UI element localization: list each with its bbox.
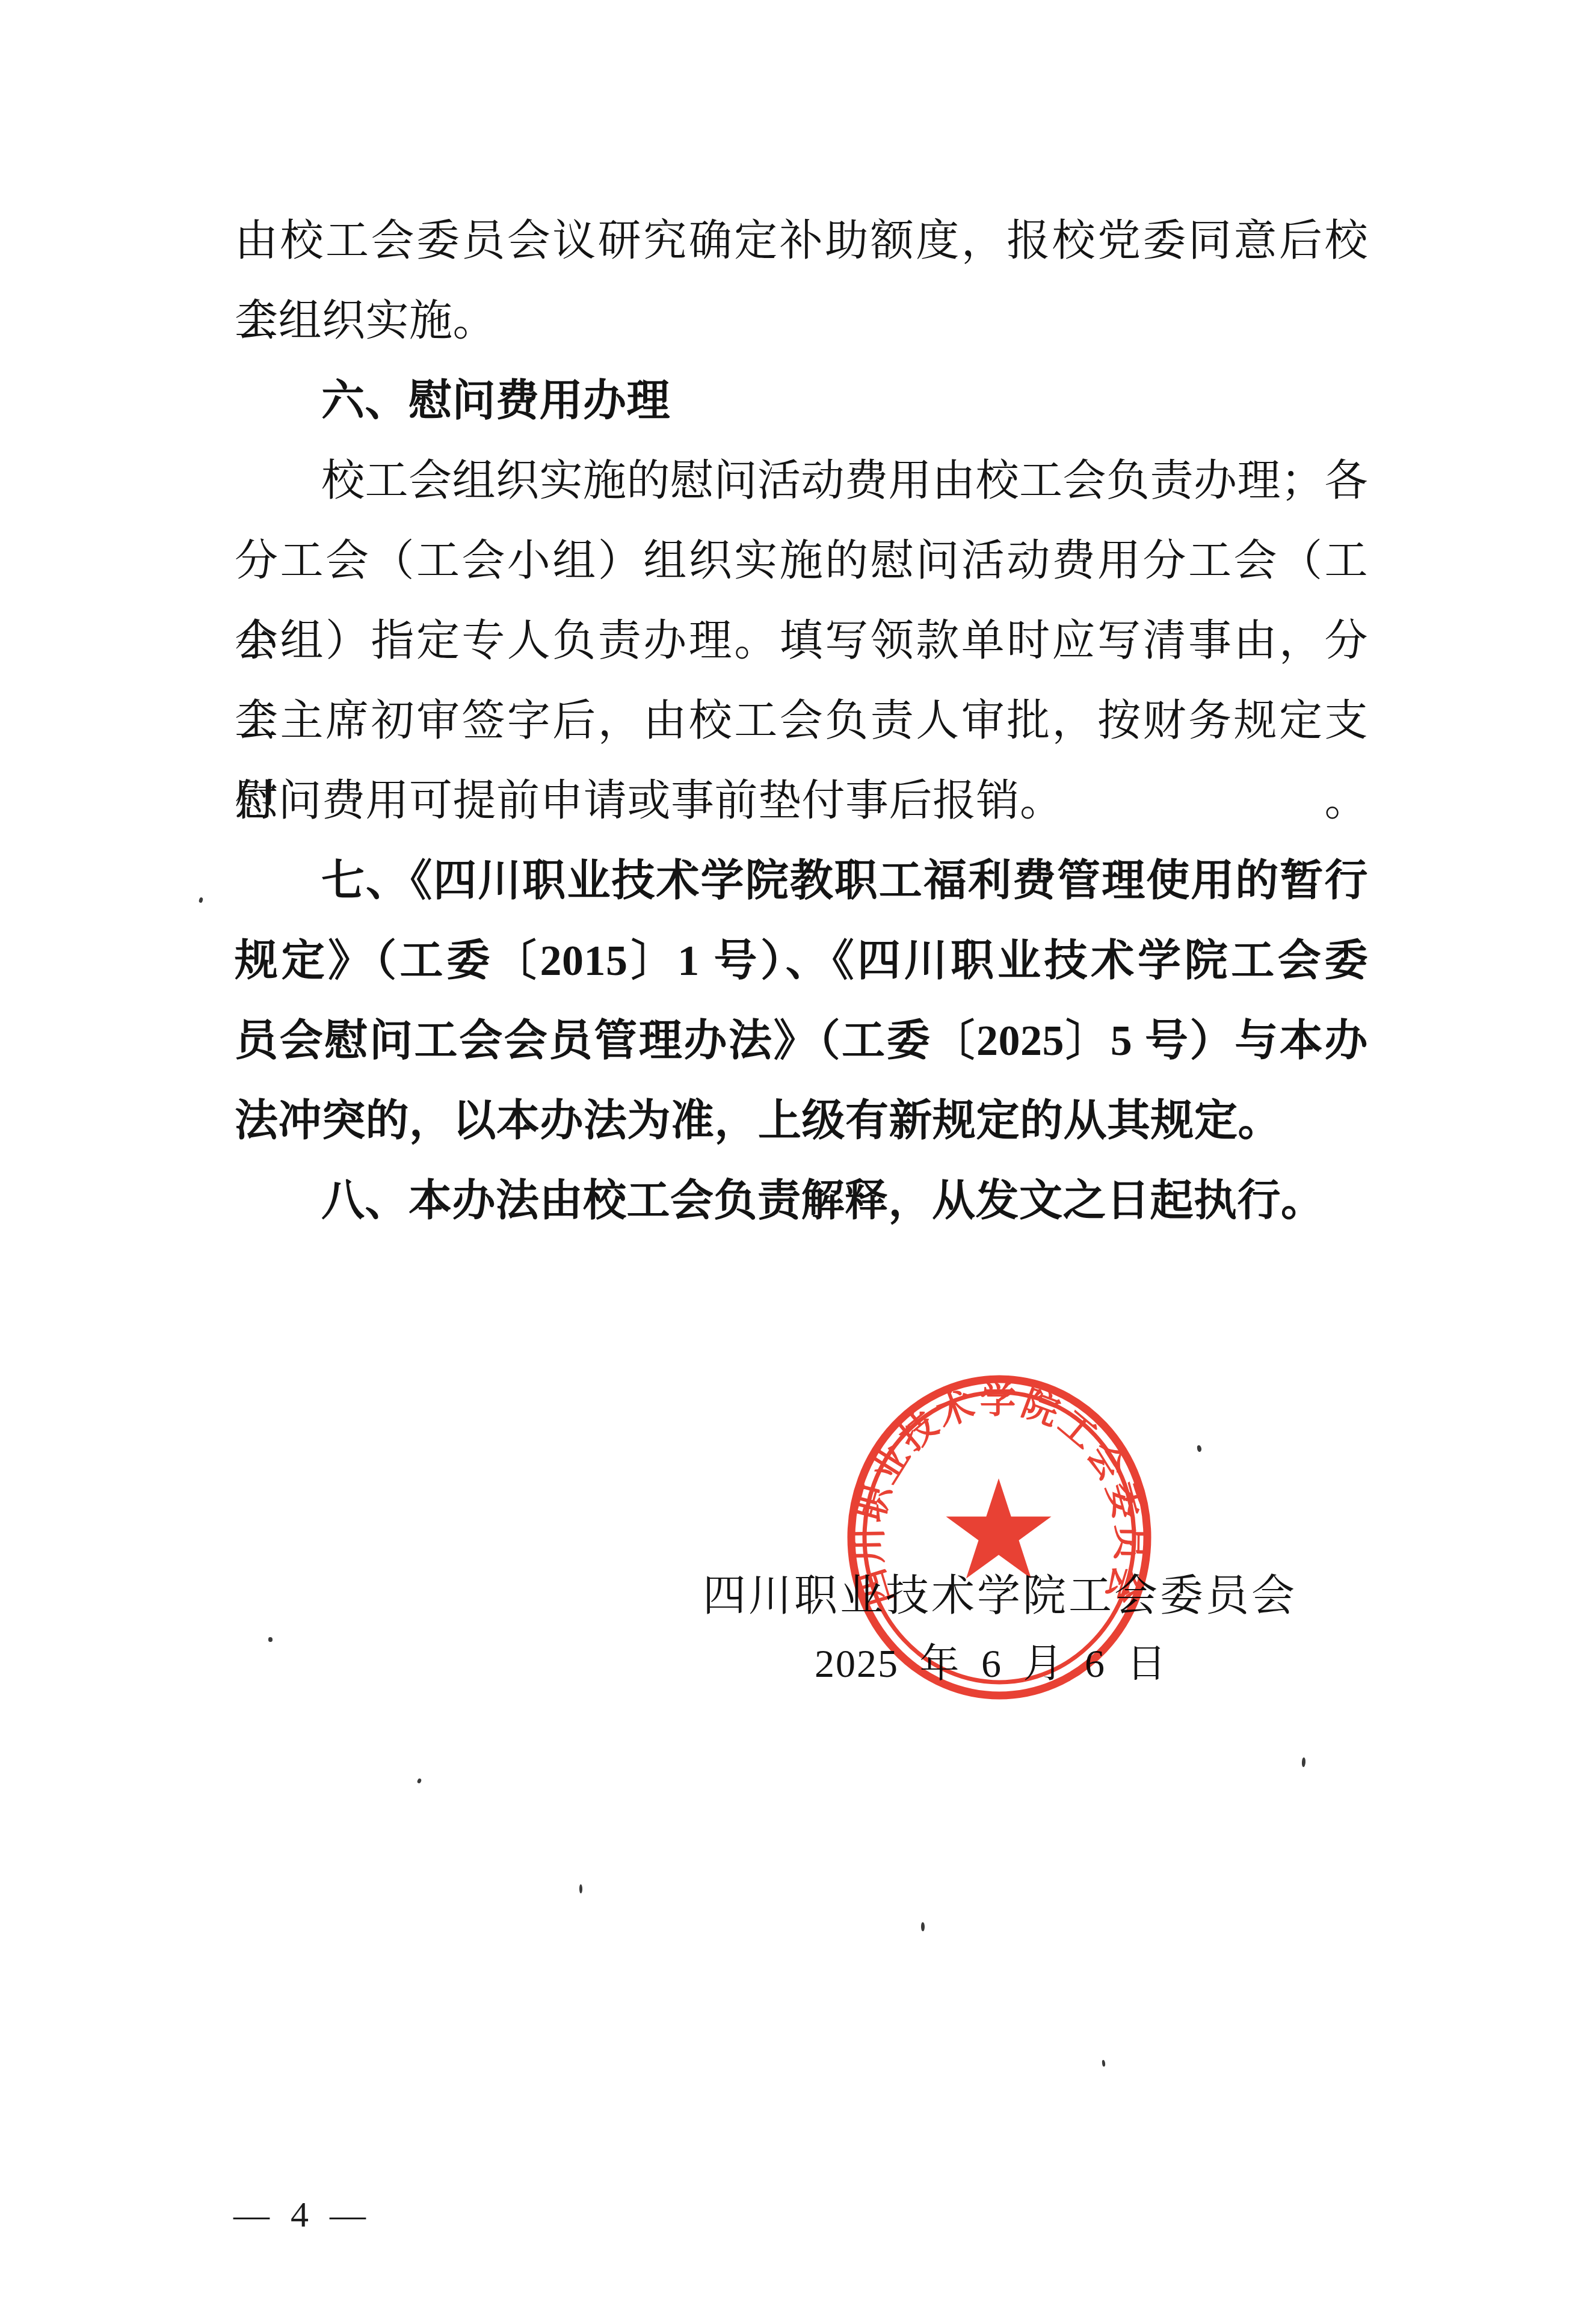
scan-speck — [1102, 2060, 1105, 2067]
scan-speck — [579, 1884, 582, 1893]
scan-speck — [417, 1778, 422, 1784]
scan-speck — [921, 1922, 925, 1931]
section-line-7: 七、《四川职业技术学院教职工福利费管理使用的暂行 — [235, 841, 1368, 921]
official-seal: 四川职业技术学院工会委员会 — [847, 1375, 1151, 1700]
star-icon — [946, 1478, 1052, 1578]
scan-speck — [1301, 1757, 1305, 1767]
section-line-8: 八、本办法由校工会负责解释，从发文之日起执行。 — [235, 1161, 1368, 1241]
section-heading-6: 六、慰问费用办理 — [235, 361, 1368, 441]
scan-speck — [1197, 1445, 1201, 1452]
document-body: 由校工会委员会议研究确定补助额度，报校党委同意后校工 会组织实施。 六、慰问费用… — [235, 201, 1368, 1241]
body-line: 员会慰问工会会员管理办法》（工委〔2025〕5 号）与本办 — [235, 1001, 1368, 1081]
body-line: 小组）指定专人负责办理。填写领款单时应写清事由，分工 — [235, 601, 1368, 681]
body-line: 由校工会委员会议研究确定补助额度，报校党委同意后校工 — [235, 201, 1368, 281]
body-line: 法冲突的，以本办法为准，上级有新规定的从其规定。 — [235, 1081, 1368, 1161]
body-line: 规定》（工委〔2015〕1 号）、《四川职业技术学院工会委 — [235, 921, 1368, 1001]
body-line: 会组织实施。 — [235, 281, 1368, 361]
scan-speck — [268, 1637, 273, 1642]
scan-speck — [199, 897, 203, 903]
document-page: 由校工会委员会议研究确定补助额度，报校党委同意后校工 会组织实施。 六、慰问费用… — [0, 0, 1569, 2324]
body-line: 分工会（工会小组）组织实施的慰问活动费用分工会（工会 — [235, 521, 1368, 601]
body-line: 会主席初审签字后，由校工会负责人审批，按财务规定支付。 — [235, 681, 1368, 761]
page-number: — 4 — — [233, 2194, 372, 2236]
body-line: 校工会组织实施的慰问活动费用由校工会负责办理；各 — [235, 441, 1368, 521]
